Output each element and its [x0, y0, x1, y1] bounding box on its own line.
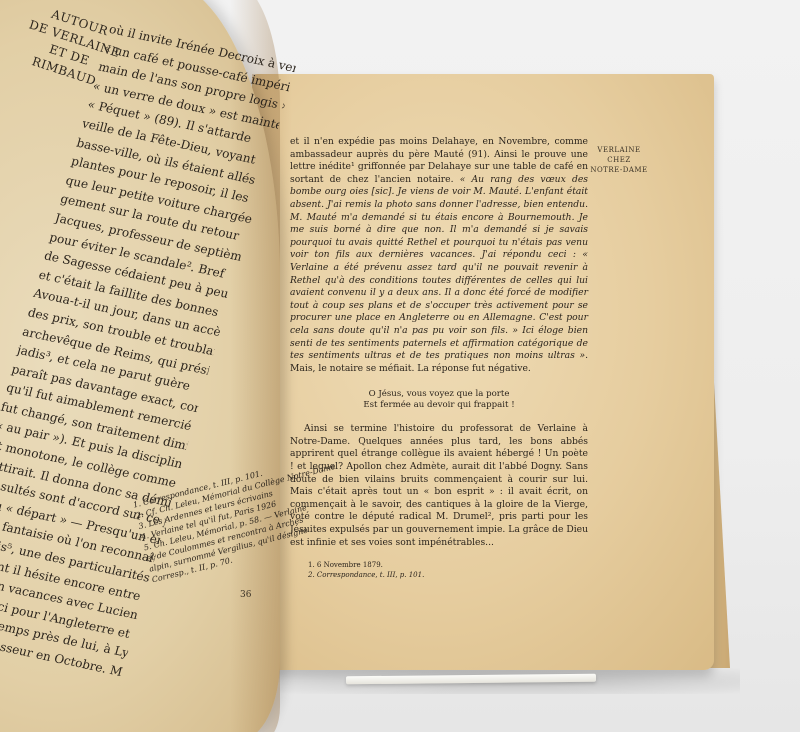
- right-footnotes: 1. 6 Novembre 1879. 2. Correspondance, t…: [290, 561, 588, 580]
- paragraph-2: Ainsi se termine l'histoire du professor…: [290, 423, 588, 549]
- footnote: 2. Correspondance, t. III, p. 101.: [308, 571, 588, 581]
- right-page: Verlaine chez Notre-Dame et il n'en expé…: [252, 74, 714, 670]
- text-run: Mais, le notaire se méfiait. La réponse …: [290, 363, 531, 374]
- photo-scene: Verlaine chez Notre-Dame et il n'en expé…: [0, 0, 800, 732]
- running-head-line: chez: [586, 155, 652, 165]
- right-page-body: et il n'en expédie pas moins Delahaye, e…: [290, 136, 588, 580]
- verse-quote: O Jésus, vous voyez que la porte Est fer…: [290, 389, 588, 411]
- page-number: 36: [240, 590, 251, 600]
- running-head-line: Verlaine: [586, 145, 652, 155]
- quoted-letter: « Au rang des vœux des bombe ourg oies […: [290, 174, 588, 361]
- right-running-head: Verlaine chez Notre-Dame: [586, 145, 652, 175]
- verse-line: Est fermée au devoir qui frappait !: [290, 400, 588, 411]
- verse-line: O Jésus, vous voyez que la porte: [290, 389, 588, 400]
- paragraph-1: et il n'en expédie pas moins Delahaye, e…: [290, 136, 588, 375]
- footnote: 1. 6 Novembre 1879.: [308, 561, 588, 571]
- running-head-line: Notre-Dame: [586, 165, 652, 175]
